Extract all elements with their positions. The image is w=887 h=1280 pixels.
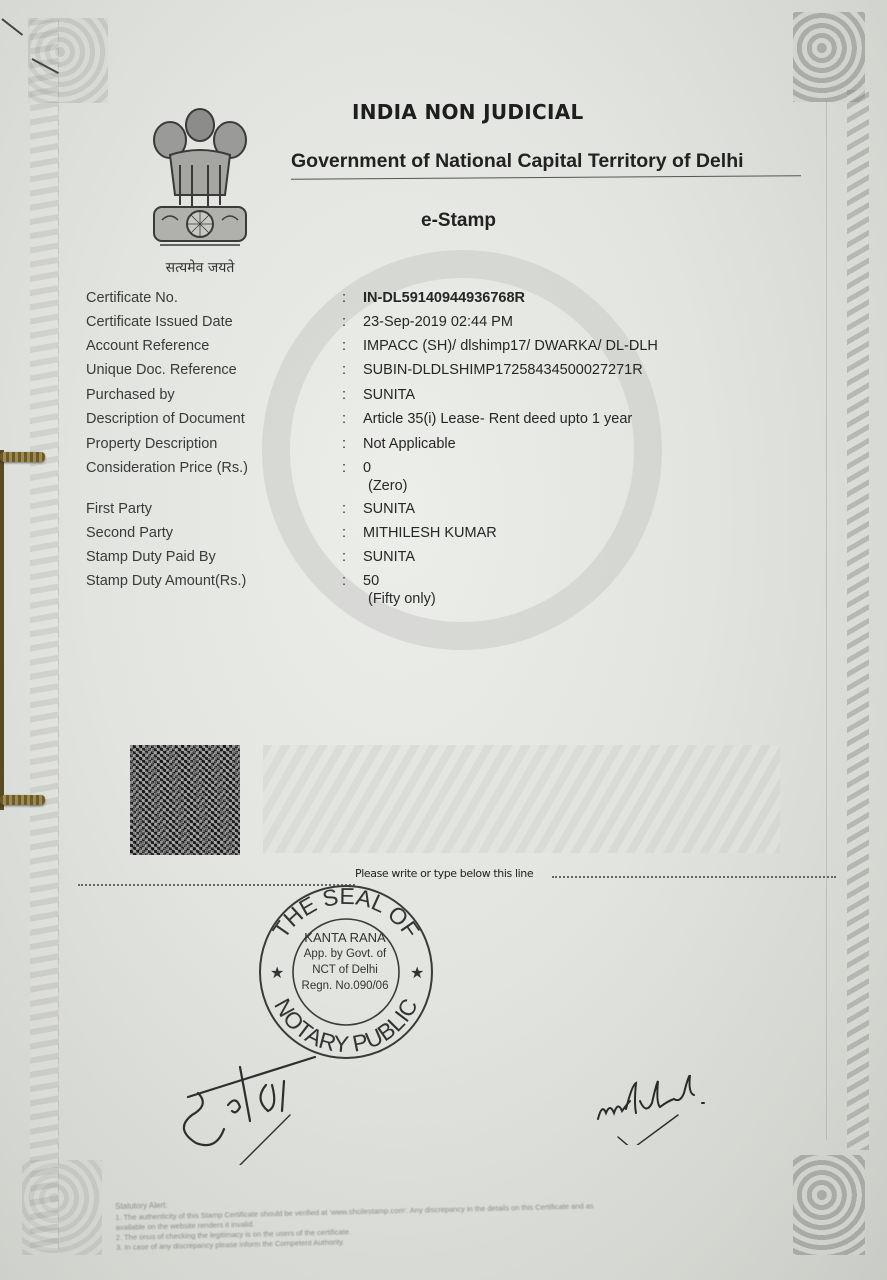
field-colon: : [342,549,346,565]
qr-code [130,745,240,855]
field-colon: : [342,290,346,306]
field-label: Certificate No. [86,290,178,306]
field-colon: : [342,501,346,517]
field-issued-date: Certificate Issued Date : 23-Sep-2019 02… [0,314,887,334]
national-emblem-icon [140,95,260,255]
notary-jurisdiction: NCT of Delhi [290,962,400,978]
emblem-motto: सत्यमेव जयते [150,258,250,277]
field-label: Second Party [86,525,173,541]
field-value-words: (Zero) [368,478,407,494]
field-property-description: Property Description : Not Applicable [0,436,887,456]
right-decorative-border [847,90,869,1150]
field-label: Description of Document [86,411,245,427]
field-second-party: Second Party : MITHILESH KUMAR [0,525,887,545]
field-colon: : [342,314,346,330]
field-colon: : [342,338,346,354]
first-party-signature [170,1055,320,1165]
security-pattern-band [263,745,780,853]
field-purchased-by: Purchased by : SUNITA [0,387,887,407]
field-value: SUNITA [363,501,415,517]
notary-name: KANTA RANA [290,930,400,946]
field-colon: : [342,411,346,427]
field-consideration-price: Consideration Price (Rs.) : 0 (Zero) [0,460,887,480]
field-value-words: (Fifty only) [368,591,436,607]
field-value: IMPACC (SH)/ dlshimp17/ DWARKA/ DL-DLH [363,338,658,354]
field-stamp-duty-amount: Stamp Duty Amount(Rs.) : 50 (Fifty only) [0,573,887,593]
field-label: Consideration Price (Rs.) [86,460,248,476]
field-label: Unique Doc. Reference [86,362,237,378]
document-type: e-Stamp [421,210,496,232]
field-label: Certificate Issued Date [86,314,233,330]
svg-text:★: ★ [270,965,284,982]
binder-clip-bottom [0,795,45,805]
corner-ornament-bottom-right [793,1155,865,1255]
field-value: SUBIN-DLDLSHIMP17258434500027271R [363,362,643,378]
field-value: SUNITA [363,549,415,565]
field-label: Account Reference [86,338,209,354]
field-colon: : [342,436,346,452]
field-value: MITHILESH KUMAR [363,525,497,541]
separator-instruction: Please write or type below this line [355,867,533,880]
right-border-rule [826,100,827,1140]
field-value: Article 35(i) Lease- Rent deed upto 1 ye… [363,411,632,427]
separator-dotted-line [552,876,836,878]
second-party-signature [590,1075,720,1145]
field-value: SUNITA [363,387,415,403]
field-unique-doc-reference: Unique Doc. Reference : SUBIN-DLDLSHIMP1… [0,362,887,382]
field-stamp-duty-paid-by: Stamp Duty Paid By : SUNITA [0,549,887,569]
svg-text:★: ★ [410,965,424,982]
field-certificate-no: Certificate No. : IN-DL59140944936768R [0,290,887,310]
notary-seal-details: KANTA RANA App. by Govt. of NCT of Delhi… [290,930,400,994]
scratch-mark [1,18,23,36]
field-label: First Party [86,501,152,517]
document-title: INDIA NON JUDICIAL [352,100,584,124]
field-description-of-document: Description of Document : Article 35(i) … [0,411,887,431]
field-colon: : [342,573,346,589]
authority-underline [291,175,801,180]
field-label: Stamp Duty Paid By [86,549,216,565]
field-label: Stamp Duty Amount(Rs.) [86,573,246,589]
field-label: Property Description [86,436,217,452]
corner-ornament-top-right [793,12,865,102]
field-value: 50 [363,573,379,589]
left-decorative-border [30,20,59,1250]
field-value: 0 [363,460,371,476]
field-account-reference: Account Reference : IMPACC (SH)/ dlshimp… [0,338,887,358]
field-colon: : [342,387,346,403]
field-colon: : [342,362,346,378]
field-value: Not Applicable [363,436,456,452]
notary-approval: App. by Govt. of [290,946,400,962]
statutory-alert: Statutory Alert: 1. The authenticity of … [115,1190,594,1253]
field-colon: : [342,525,346,541]
issuing-authority: Government of National Capital Territory… [291,150,744,173]
field-value: 23-Sep-2019 02:44 PM [363,314,513,330]
stamp-paper: सत्यमेव जयते INDIA NON JUDICIAL Governme… [0,0,887,1280]
notary-registration: Regn. No.090/06 [290,978,400,994]
field-label: Purchased by [86,387,175,403]
field-colon: : [342,460,346,476]
field-first-party: First Party : SUNITA [0,501,887,521]
field-value: IN-DL59140944936768R [363,290,525,306]
